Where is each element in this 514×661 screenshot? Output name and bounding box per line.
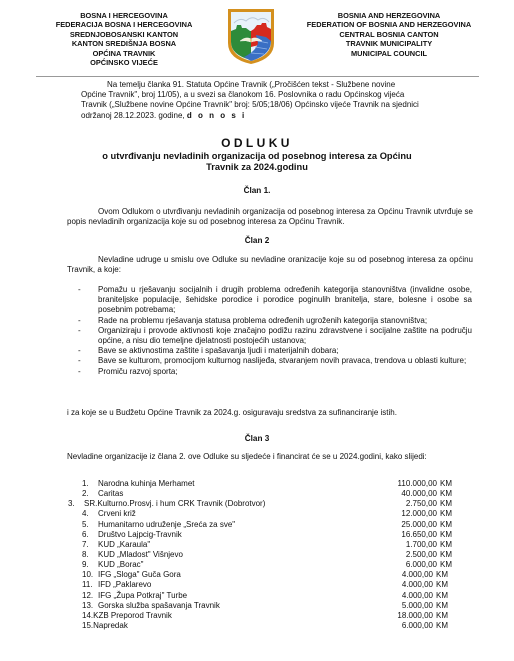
funding-amount: 4.000,00 — [353, 570, 433, 580]
list-item: -Organiziraju i provode aktivnosti koje … — [78, 326, 472, 346]
organization-name: KUD „Borac" — [98, 560, 353, 570]
organization-name: Napredak — [93, 621, 353, 631]
header-bosnian: BOSNA I HERCEGOVINA FEDERACIJA BOSNA I H… — [40, 11, 208, 67]
item-number: 11. — [82, 580, 98, 590]
coat-of-arms-icon — [226, 7, 276, 65]
header-english: BOSNIA AND HERZEGOVINA FEDERATION OF BOS… — [300, 11, 478, 58]
organization-name: IFG „Župa Potkraj" Turbe — [98, 591, 353, 601]
header-line: TRAVNIK MUNICIPALITY — [300, 39, 478, 48]
currency-label: KM — [437, 530, 462, 540]
preamble-line: održanoj 28.12.2023. godine, d o n o s i — [81, 111, 471, 121]
header-line: BOSNIA AND HERZEGOVINA — [300, 11, 478, 20]
list-item: 3.SR.Kulturno.Prosvj. i hum CRK Travnik … — [82, 499, 462, 509]
currency-label: KM — [433, 601, 458, 611]
subtitle-line: Travnik za 2024.godinu — [40, 162, 474, 173]
currency-label: KM — [437, 489, 462, 499]
funding-amount: 16.650,00 — [353, 530, 437, 540]
preamble-line: Na temelju članka 91. Statuta Općine Tra… — [81, 80, 471, 90]
header-line: FEDERACIJA BOSNA I HERCEGOVINA — [40, 20, 208, 29]
currency-label: KM — [433, 611, 458, 621]
preamble-date: održanoj 28.12.2023. godine, — [81, 111, 185, 120]
article-1-heading: Član 1. — [40, 186, 474, 195]
item-number: 8. — [82, 550, 98, 560]
funding-amount: 4.000,00 — [353, 580, 433, 590]
article-1-text: Ovom Odlukom o utvrđivanju nevladinih or… — [67, 207, 473, 227]
organization-name: Narodna kuhinja Merhamet — [98, 479, 353, 489]
organization-name: Caritas — [98, 489, 353, 499]
currency-label: KM — [437, 509, 462, 519]
currency-label: KM — [437, 479, 462, 489]
list-item: -Pomažu u rješavanju socijalnih i drugih… — [78, 285, 472, 316]
item-number: 2. — [82, 489, 98, 499]
funding-amount: 110.000,00 — [353, 479, 437, 489]
list-item: -Bave se kulturom, promocijom kulturnog … — [78, 356, 472, 366]
list-item: -Promiču razvoj sporta; — [78, 367, 472, 377]
organization-funding-list: 1.Narodna kuhinja Merhamet110.000,00KM2.… — [82, 479, 462, 631]
organization-name: KUD „Karaula" — [98, 540, 353, 550]
document-page: BOSNA I HERCEGOVINA FEDERACIJA BOSNA I H… — [0, 0, 514, 661]
item-number: 9. — [82, 560, 98, 570]
currency-label: KM — [433, 591, 458, 601]
funding-amount: 2.500,00 — [353, 550, 437, 560]
header-line: KANTON SREDIŠNJA BOSNA — [40, 39, 208, 48]
list-item: 9.KUD „Borac"6.000,00KM — [82, 560, 462, 570]
list-item: 1.Narodna kuhinja Merhamet110.000,00KM — [82, 479, 462, 489]
article-2-text: Nevladine udruge u smislu ove Odluke su … — [67, 255, 473, 275]
list-item: 15.Napredak6.000,00KM — [82, 621, 462, 631]
article-2-heading: Član 2 — [40, 236, 474, 245]
article-1-body: Ovom Odlukom o utvrđivanju nevladinih or… — [67, 207, 473, 226]
header-line: OPĆINSKO VIJEĆE — [40, 58, 208, 67]
header-divider — [36, 76, 479, 77]
list-item: 13.Gorska služba spašavanja Travnik5.000… — [82, 601, 462, 611]
donosi-word: d o n o s i — [187, 111, 246, 120]
organization-name: KUD „Mladost" Višnjevo — [98, 550, 353, 560]
funding-amount: 18.000,00 — [356, 611, 433, 621]
organization-name: IFD „Paklarevo — [98, 580, 353, 590]
currency-label: KM — [437, 560, 462, 570]
list-item: 5.Humanitarno udruženje „Sreća za sve"25… — [82, 520, 462, 530]
item-number: 4. — [82, 509, 98, 519]
funding-amount: 6.000,00 — [353, 621, 433, 631]
list-item: -Bave se aktivnostima zaštite i spašavan… — [78, 346, 472, 356]
currency-label: KM — [433, 570, 458, 580]
header-line: FEDERATION OF BOSNIA AND HERZEGOVINA — [300, 20, 478, 29]
currency-label: KM — [433, 621, 458, 631]
organization-name: IFG „Sloga" Guča Gora — [98, 570, 353, 580]
preamble-line: Travnik („Službene novine Općine Travnik… — [81, 100, 471, 110]
list-item: 12.IFG „Župa Potkraj" Turbe4.000,00KM — [82, 591, 462, 601]
header-line: SREDNJOBOSANSKI KANTON — [40, 30, 208, 39]
list-item: 2.Caritas40.000,00KM — [82, 489, 462, 499]
header-line: MUNICIPAL COUNCIL — [300, 49, 478, 58]
funding-amount: 12.000,00 — [353, 509, 437, 519]
funding-amount: 4.000,00 — [353, 591, 433, 601]
header-line: OPĆINA TRAVNIK — [40, 49, 208, 58]
item-number: 1. — [82, 479, 98, 489]
organization-name: Humanitarno udruženje „Sreća za sve" — [98, 520, 353, 530]
organization-name: Crveni križ — [98, 509, 353, 519]
document-subtitle: o utvrđivanju nevladinih organizacija od… — [40, 151, 474, 173]
preamble: Na temelju članka 91. Statuta Općine Tra… — [81, 80, 471, 121]
currency-label: KM — [433, 580, 458, 590]
preamble-line: Općine Travnik", broj 11/05), a u svezi … — [81, 90, 471, 100]
funding-amount: 2.750,00 — [353, 499, 437, 509]
currency-label: KM — [437, 499, 462, 509]
organization-name: SR.Kulturno.Prosvj. i hum CRK Travnik (D… — [84, 499, 353, 509]
funding-amount: 6.000,00 — [353, 560, 437, 570]
list-item: -Rade na problemu rješavanja statusa pro… — [78, 316, 472, 326]
list-item: 10.IFG „Sloga" Guča Gora4.000,00KM — [82, 570, 462, 580]
subtitle-line: o utvrđivanju nevladinih organizacija od… — [40, 151, 474, 162]
item-number: 12. — [82, 591, 98, 601]
list-item: 14.KZB Preporod Travnik18.000,00KM — [82, 611, 462, 621]
article-2-body: Nevladine udruge u smislu ove Odluke su … — [67, 255, 473, 274]
item-number: 7. — [82, 540, 98, 550]
criteria-list: -Pomažu u rješavanju socijalnih i drugih… — [78, 285, 472, 377]
organization-name: KZB Preporod Travnik — [93, 611, 356, 621]
list-item: 7.KUD „Karaula"1.700,00KM — [82, 540, 462, 550]
funding-amount: 25.000,00 — [353, 520, 437, 530]
list-item: 4.Crveni križ12.000,00KM — [82, 509, 462, 519]
funding-amount: 40.000,00 — [353, 489, 437, 499]
article-3-heading: Član 3 — [40, 434, 474, 443]
item-number: 10. — [82, 570, 98, 580]
item-number: 13. — [82, 601, 98, 611]
funding-amount: 5.000,00 — [353, 601, 433, 611]
funding-amount: 1.700,00 — [353, 540, 437, 550]
item-number: 5. — [82, 520, 98, 530]
article-2-closing: i za koje se u Budžetu Općine Travnik za… — [67, 408, 473, 418]
organization-name: Društvo Lajpcig-Travnik — [98, 530, 353, 540]
item-number: 15. — [82, 621, 93, 631]
header-line: CENTRAL BOSNIA CANTON — [300, 30, 478, 39]
header-line: BOSNA I HERCEGOVINA — [40, 11, 208, 20]
document-title: ODLUKU — [40, 136, 474, 150]
list-item: 11.IFD „Paklarevo4.000,00KM — [82, 580, 462, 590]
list-item: 8.KUD „Mladost" Višnjevo2.500,00KM — [82, 550, 462, 560]
item-number: 14. — [82, 611, 93, 621]
item-number: 6. — [82, 530, 98, 540]
currency-label: KM — [437, 520, 462, 530]
article-3-text: Nevladine organizacije iz člana 2. ove O… — [67, 452, 473, 462]
currency-label: KM — [437, 540, 462, 550]
list-item: 6.Društvo Lajpcig-Travnik16.650,00KM — [82, 530, 462, 540]
currency-label: KM — [437, 550, 462, 560]
organization-name: Gorska služba spašavanja Travnik — [98, 601, 353, 611]
item-number: 3. — [68, 499, 84, 509]
